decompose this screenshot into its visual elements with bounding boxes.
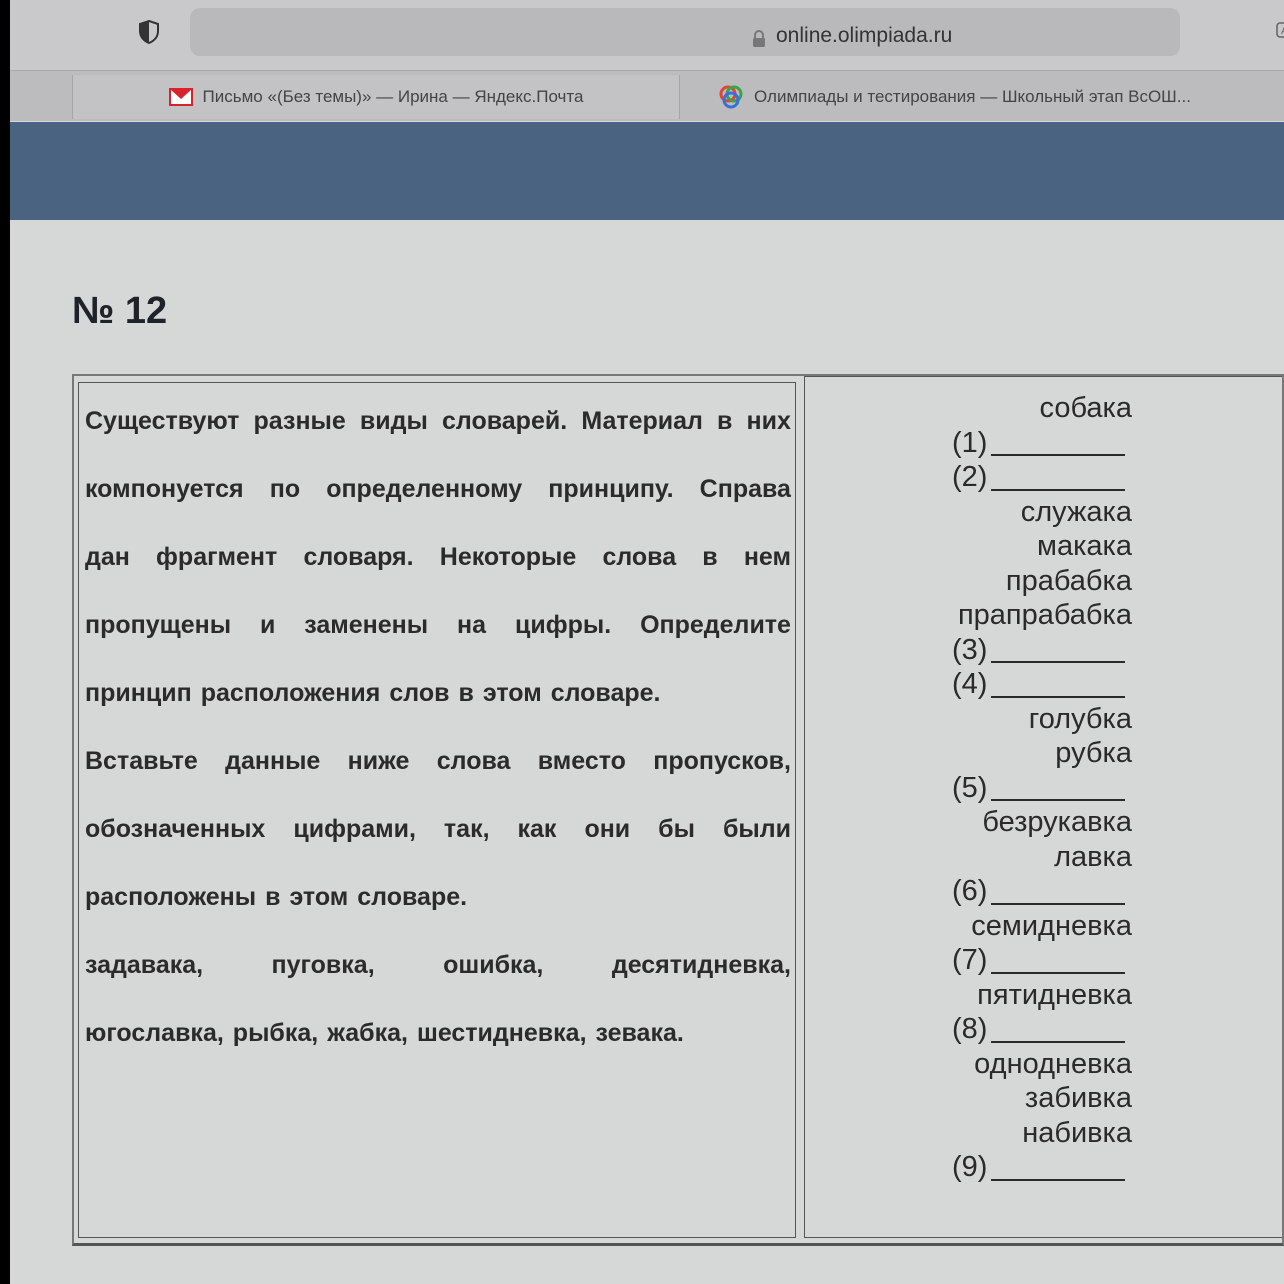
dictionary-word: служака <box>832 495 1132 530</box>
address-bar[interactable]: online.olimpiada.ru A <box>190 8 1180 56</box>
dictionary-word: рубка <box>832 736 1132 771</box>
dictionary-blank[interactable]: (9) <box>832 1150 1132 1185</box>
tab-olympiad[interactable]: Олимпиады и тестирования — Школьный этап… <box>710 75 1278 119</box>
dictionary-list: собака(1)(2)служакамакакапрабабкапрапраб… <box>832 391 1132 1185</box>
dictionary-word: семидневка <box>832 909 1132 944</box>
dictionary-fragment-cell: собака(1)(2)служакамакакапрабабкапрапраб… <box>804 376 1282 1238</box>
instruction-line: Вставьтеданныенижесловавместопропусков, <box>85 747 791 776</box>
dictionary-word: однодневка <box>832 1047 1132 1082</box>
tab-label: Олимпиады и тестирования — Школьный этап… <box>754 87 1191 107</box>
task-instructions-cell: Существуютразныевидысловарей.Материалвни… <box>78 382 796 1238</box>
dictionary-word: макака <box>832 529 1132 564</box>
dictionary-word: голубка <box>832 702 1132 737</box>
instruction-line: Существуютразныевидысловарей.Материалвни… <box>85 407 791 436</box>
mail-icon <box>169 88 193 106</box>
task-number: № 12 <box>72 290 167 333</box>
dictionary-word: набивка <box>832 1116 1132 1151</box>
dictionary-blank[interactable]: (6) <box>832 874 1132 909</box>
dictionary-word: забивка <box>832 1081 1132 1116</box>
lock-icon <box>752 30 766 48</box>
dictionary-word: прабабка <box>832 564 1132 599</box>
dictionary-blank[interactable]: (2) <box>832 460 1132 495</box>
olympiad-logo-icon <box>718 84 744 110</box>
task-table: Существуютразныевидысловарей.Материалвни… <box>72 374 1284 1246</box>
instruction-line: пропущеныизамененынацифры.Определите <box>85 611 791 640</box>
instruction-line: расположенывэтомсловаре. <box>85 883 791 912</box>
instruction-line: данфрагментсловаря.Некоторыесловавнем <box>85 543 791 572</box>
instruction-line: задавака,пуговка,ошибка,десятидневка, <box>85 951 791 980</box>
dictionary-word: пятидневка <box>832 978 1132 1013</box>
dictionary-blank[interactable]: (8) <box>832 1012 1132 1047</box>
instruction-line: югославка,рыбка,жабка,шестидневка,зевака… <box>85 1019 791 1048</box>
dictionary-blank[interactable]: (3) <box>832 633 1132 668</box>
dictionary-blank[interactable]: (1) <box>832 426 1132 461</box>
dictionary-blank[interactable]: (7) <box>832 943 1132 978</box>
tab-label: Письмо «(Без темы)» — Ирина — Яндекс.Поч… <box>203 87 584 107</box>
screen: online.olimpiada.ru A Письмо «(Без темы)… <box>10 0 1284 1284</box>
dictionary-word: безрукавка <box>832 805 1132 840</box>
instruction-line: обозначенныхцифрами,так,каконибыбыли <box>85 815 791 844</box>
tab-yandex-mail[interactable]: Письмо «(Без темы)» — Ирина — Яндекс.Поч… <box>72 75 680 119</box>
url-text: online.olimpiada.ru <box>776 24 952 48</box>
site-header-band <box>10 122 1284 220</box>
instruction-line: принципрасположениясловвэтомсловаре. <box>85 679 791 708</box>
dictionary-word: собака <box>832 391 1132 426</box>
browser-toolbar: online.olimpiada.ru A <box>10 0 1284 70</box>
instruction-line: компонуетсяпоопределенномупринципу.Справ… <box>85 475 791 504</box>
dictionary-word: лавка <box>832 840 1132 875</box>
dictionary-word: прапрабабка <box>832 598 1132 633</box>
privacy-shield-icon[interactable] <box>138 20 160 44</box>
tab-strip: Письмо «(Без темы)» — Ирина — Яндекс.Поч… <box>10 70 1284 121</box>
translate-icon[interactable]: A <box>1276 22 1284 46</box>
dictionary-blank[interactable]: (5) <box>832 771 1132 806</box>
dictionary-blank[interactable]: (4) <box>832 667 1132 702</box>
